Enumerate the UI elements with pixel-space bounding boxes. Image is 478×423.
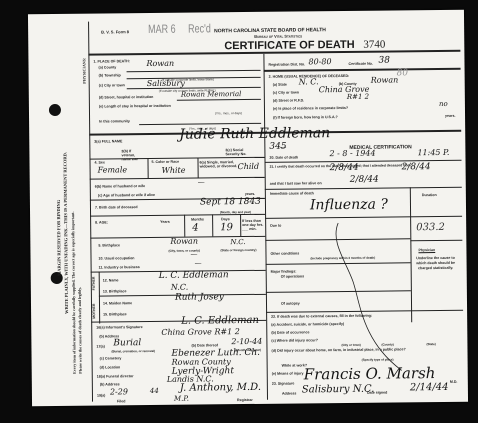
place-of-death-label: 1. PLACE OF DEATH: (93, 59, 130, 63)
location-label: (d) Location (100, 365, 121, 369)
father-side-label: FATHER (92, 277, 96, 291)
ssn-label: 3(c) Social Security No. (225, 148, 253, 156)
race-label: 5. Color or Race (151, 160, 191, 164)
form-id: B. V. S. Form 8 (101, 30, 129, 34)
age-days: 19 (220, 222, 233, 233)
informant-signature: L. C. Eddleman (181, 315, 259, 327)
full-name-label: 3(a) FULL NAME (94, 139, 122, 143)
time-of-death: 11:45 P. (417, 148, 449, 157)
where-injury-label: (c) Where did injury occur? (271, 338, 318, 342)
township-label: (b) Township (99, 73, 121, 77)
received-stamp: Rec'd (188, 21, 211, 35)
duration-label: Duration (422, 193, 437, 197)
death-county: Rowan (146, 59, 174, 68)
industry-label: 11. Industry or business (99, 265, 140, 269)
registration-dist-label: Registration Dist. No. (268, 62, 305, 66)
signature-label: 23. Signature (272, 382, 295, 386)
father-birthplace: N.C. (171, 283, 189, 292)
pen-stroke-mark (330, 220, 412, 381)
findings-label: Major findings: (271, 269, 297, 273)
mother-name-label: 14. Maiden Name (103, 301, 132, 305)
city-label: (c) City or town (99, 83, 125, 87)
sex-label: 4. Sex (94, 160, 104, 164)
stay-units: (Yrs., mos., or days) (215, 111, 242, 115)
birthplace-state-note: (State or foreign country) (220, 248, 256, 252)
filed-label: 19(a) (97, 394, 105, 398)
marital: Child (238, 162, 260, 171)
county-label: (a) County (99, 65, 117, 69)
mother-side-label: MOTHER (92, 304, 96, 319)
industry: — (195, 259, 202, 267)
informant-signature-label: 16(a) Informant's Signature (96, 325, 142, 329)
margin-rule (88, 22, 93, 402)
home-street: R#1 2 (347, 93, 369, 101)
father-name-label: 12. Name (103, 278, 119, 282)
veteran-label: 3(b) If veteran, name war (121, 149, 141, 161)
death-city: Salisbury (147, 79, 185, 88)
mother-birthplace-label: 15. Birthplace (103, 312, 127, 316)
physician-box-text: Underline the cause to which death shoul… (413, 256, 459, 271)
where-note-state: (State) (426, 342, 435, 346)
immediate-cause-label: Immediate cause of death (270, 191, 314, 195)
filed-note: Filed (117, 399, 125, 403)
last-seen: 2/8/44 (350, 175, 379, 185)
filed-year: 44 (150, 387, 159, 395)
burial-label: 17(a) (96, 345, 104, 349)
birth-date: Sept 18 1843 (200, 197, 261, 208)
margin-instruction: WRITE PLAINLY, WITH UNFADING INK—THIS IS… (62, 152, 69, 314)
birthplace-city: Rowan (170, 237, 198, 246)
burial-date-label: (b) Date thereof (191, 343, 218, 347)
cause-code: 033.2 (416, 222, 445, 233)
cemetery-label: (c) Cemetery (100, 356, 122, 360)
bureau-name: Bureau of Vital Statistics (254, 33, 302, 39)
spouse-label: 6(b) Name of husband or wife (95, 184, 145, 189)
birthplace-label: 9. Birthplace (98, 243, 120, 247)
funeral-director-address-label: (b) Address (100, 382, 120, 386)
burial-type: Burial (113, 338, 141, 348)
stay-label: (e) Length of stay in hospital or instit… (99, 104, 171, 109)
date-of-death: 2 - 8 - 1944 (329, 149, 375, 158)
home-city-label: (c) City or town (273, 90, 299, 94)
immediate-cause: Influenza ? (310, 197, 388, 214)
occupation-label: 10. Usual occupation (99, 256, 135, 260)
received-stamp-date: MAR 6 (148, 22, 176, 36)
medical-annotation: 345 (269, 142, 286, 152)
autopsy-label: Of autopsy (281, 301, 300, 305)
age-months: 4 (192, 223, 198, 234)
informant-address: China Grove R#1 2 (161, 327, 240, 337)
death-institution: Rowan Memorial (181, 90, 242, 99)
due-to-label: Due to (270, 224, 281, 228)
birth-date-label: 7. Birth date of deceased (95, 205, 138, 209)
less-than-day-label: If less than one day hrs. ___ min. (242, 219, 264, 231)
age-days-label: Days (221, 217, 230, 221)
birthplace-state: N.C. (230, 238, 245, 246)
signature-address: Salisbury N.C. (302, 384, 375, 396)
other-conditions-label: Other conditions (270, 251, 299, 255)
mother-maiden-name: Ruth Josey (175, 292, 224, 303)
spouse-age-units: years. (245, 192, 255, 196)
home-county: Rowan (371, 75, 399, 84)
funeral-director-label: 18(a) Funeral director (97, 374, 134, 378)
occupation: — (190, 251, 197, 259)
community-label: In this community (99, 119, 130, 123)
home-state-label: (a) State (273, 83, 287, 87)
age-years-label: Years (160, 220, 170, 224)
operations-label: Of operations (281, 274, 304, 278)
death-certificate: MARGIN RESERVED FOR BINDING WRITE PLAINL… (28, 10, 468, 407)
age-months-label: Months (191, 217, 204, 221)
date-of-death-label: 20. Date of death (269, 155, 298, 159)
spouse: — (198, 178, 205, 186)
physician-box-title: Physician (418, 248, 435, 252)
attended-to: 2/8/44 (402, 162, 431, 172)
date-signed-label: Date signed (367, 391, 387, 395)
filed-date: 2-29 (110, 387, 128, 396)
signature-suffix: M.D. (450, 380, 458, 384)
father-name: L. C. Eddleman (159, 270, 229, 281)
full-name: Judie Ruth Eddleman (179, 125, 330, 143)
home-state: N. C. (299, 77, 319, 86)
street-label: (d) Street, hospital or institution (99, 95, 154, 100)
foreign-born-units: years. (445, 114, 455, 118)
age-label: 8. AGE: (95, 220, 108, 224)
binding-hole (49, 104, 61, 116)
registrar-initials: M.P. (174, 395, 189, 403)
corporate-limits: no (439, 100, 448, 108)
certificate-no-label: Certificate No. (348, 62, 372, 66)
margin-note: Please write the causes of death clearly… (77, 287, 83, 374)
certify-label: 21. I certify that death occurred on the… (270, 163, 460, 169)
certificate-no: 38 (378, 56, 390, 66)
occurrence-date-label: (b) Date of occurrence (271, 330, 309, 334)
registrar-signature: J. Anthony, M.D. (180, 382, 261, 394)
spouse-age-label: (c) Age of husband or wife if alive (98, 193, 155, 198)
registration-dist-no: 80-80 (308, 57, 331, 66)
margin-reserved: MARGIN RESERVED FOR BINDING (56, 200, 62, 276)
last-seen-label: and that I last saw her alive on (270, 181, 322, 186)
corporate-limits-label: (e) Is place of residence in corporate l… (273, 106, 348, 111)
date-signed: 2/14/44 (410, 382, 449, 393)
foreign-born-label: (f) If foreign born, how long in U.S.A.? (273, 115, 338, 120)
burial-date: 2-10-44 (231, 337, 262, 346)
margin-physicians: PHYSICIANS: (81, 58, 86, 84)
means-label: (e) Means of injury (272, 371, 304, 375)
registrar-label: Registrar (237, 398, 253, 402)
marital-label: 6(a) Single, married, widowed, or divorc… (199, 160, 241, 168)
sex: Female (98, 165, 128, 174)
home-street-label: (d) Street or R.F.D. (273, 98, 304, 102)
race: White (162, 166, 186, 175)
certificate-serial: 3740 (363, 39, 385, 51)
burial-note: (Burial, cremation, or removal) (111, 349, 155, 353)
father-birthplace-label: 13. Birthplace (103, 289, 127, 293)
margin-note: Every item of information should be care… (70, 211, 77, 373)
attended-from: 2/8/44 (330, 163, 359, 173)
signature-address-label: Address (282, 392, 296, 396)
